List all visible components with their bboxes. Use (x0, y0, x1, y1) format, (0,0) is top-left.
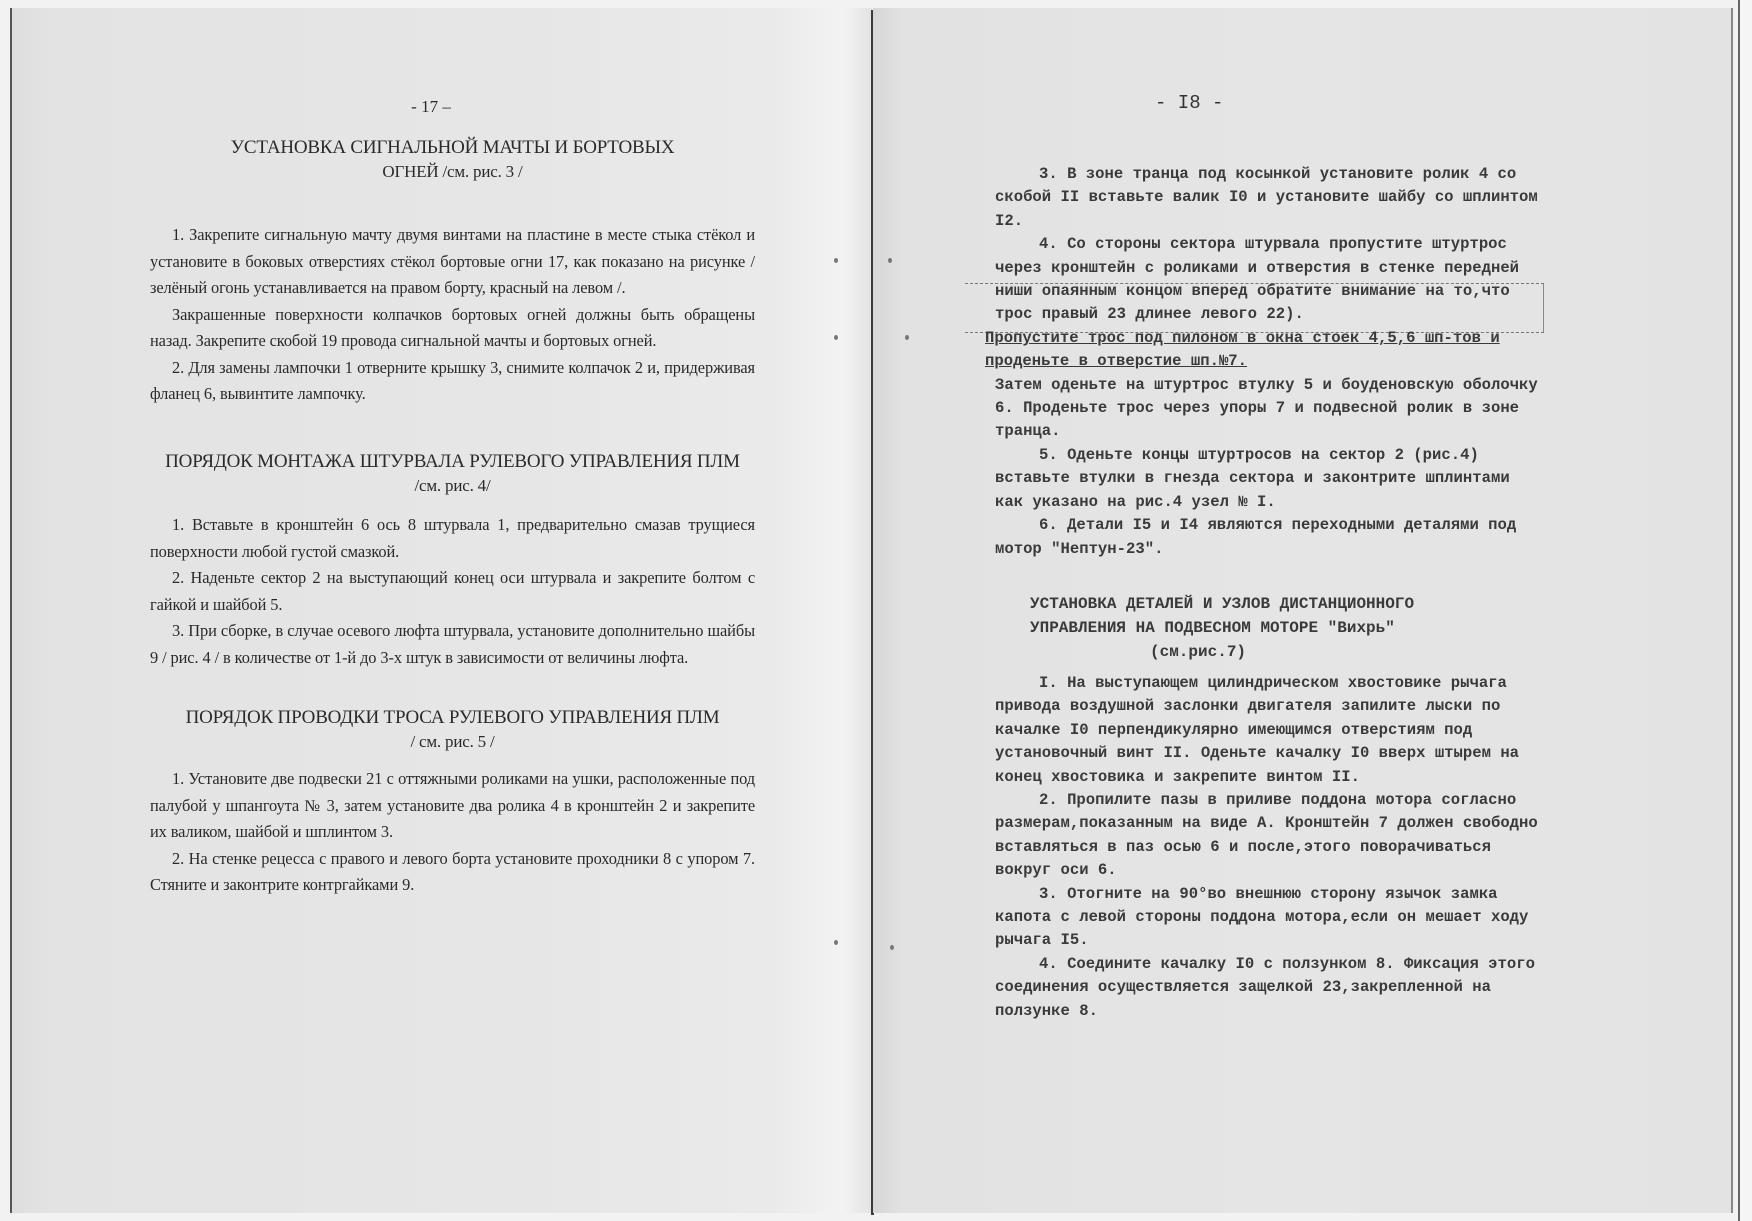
paragraph: 2. Наденьте сектор 2 на выступающий коне… (150, 565, 755, 618)
section-heading-remote-control: УСТАНОВКА ДЕТАЛЕЙ И УЗЛОВ ДИСТАНЦИОННОГО… (1030, 592, 1510, 664)
section-cable-routing-body: 1. Установите две подвески 21 с оттяжным… (150, 766, 755, 899)
step-3: 3. Отогните на 90°во внешнюю сторону язы… (995, 883, 1540, 953)
right-steps-bottom: I. На выступающем цилиндрическом хвостов… (995, 672, 1540, 1023)
step-3: 3. В зоне транца под косынкой установите… (995, 163, 1540, 233)
punch-mark (905, 335, 909, 340)
step-4: 4. Со стороны сектора штурвала пропустит… (995, 233, 1540, 327)
open-booklet-spread: - 17 – УСТАНОВКА СИГНАЛЬНОЙ МАЧТЫ И БОРТ… (0, 0, 1752, 1221)
paragraph: 2. Для замены лампочки 1 отверните крышк… (150, 355, 755, 408)
step-6: 6. Детали I5 и I4 являются переходными д… (995, 514, 1540, 561)
punch-mark (834, 940, 838, 945)
paragraph: 3. При сборке, в случае осевого люфта шт… (150, 618, 755, 671)
step-5: 5. Оденьте концы штуртросов на сектор 2 … (995, 444, 1540, 514)
section-signal-mast: УСТАНОВКА СИГНАЛЬНОЙ МАЧТЫ И БОРТОВЫХ ОГ… (150, 136, 755, 184)
paragraph: 1. Вставьте в кронштейн 6 ось 8 штурвала… (150, 512, 755, 565)
paragraph: 2. На стенке рецесса с правого и левого … (150, 846, 755, 899)
page-number-17: - 17 – (0, 97, 862, 117)
step-2: 2. Пропилите пазы в приливе поддона мото… (995, 789, 1540, 883)
step-4-cont-pylon: Пропустите трос под пилоном в окна стоек… (985, 327, 1540, 374)
step-4-cont-sleeve: Затем оденьте на штуртрос втулку 5 и боу… (995, 374, 1540, 444)
paragraph: 1. Установите две подвески 21 с оттяжным… (150, 766, 755, 846)
punch-mark (888, 258, 892, 263)
section-signal-mast-body: 1. Закрепите сигнальную мачту двумя винт… (150, 222, 755, 408)
step-1: I. На выступающем цилиндрическом хвостов… (995, 672, 1540, 789)
step-4: 4. Соедините качалку I0 с ползунком 8. Ф… (995, 953, 1540, 1023)
paragraph: 1. Закрепите сигнальную мачту двумя винт… (150, 222, 755, 302)
section-cable-routing: ПОРЯДОК ПРОВОДКИ ТРОСА РУЛЕВОГО УПРАВЛЕН… (150, 706, 755, 754)
section-heading: ПОРЯДОК МОНТАЖА ШТУРВАЛА РУЛЕВОГО УПРАВЛ… (150, 450, 755, 498)
punch-mark (834, 258, 838, 263)
section-steering-wheel: ПОРЯДОК МОНТАЖА ШТУРВАЛА РУЛЕВОГО УПРАВЛ… (150, 450, 755, 498)
punch-mark (834, 335, 838, 340)
section-steering-wheel-body: 1. Вставьте в кронштейн 6 ось 8 штурвала… (150, 512, 755, 671)
page-edge (1738, 0, 1752, 1221)
right-steps-top: 3. В зоне транца под косынкой установите… (995, 163, 1540, 561)
section-heading: ПОРЯДОК ПРОВОДКИ ТРОСА РУЛЕВОГО УПРАВЛЕН… (150, 706, 755, 754)
punch-mark (890, 945, 894, 950)
section-heading: УСТАНОВКА СИГНАЛЬНОЙ МАЧТЫ И БОРТОВЫХ ОГ… (150, 136, 755, 184)
page-number-18: - I8 - (1155, 92, 1223, 114)
paragraph: Закрашенные поверхности колпачков бортов… (150, 302, 755, 355)
